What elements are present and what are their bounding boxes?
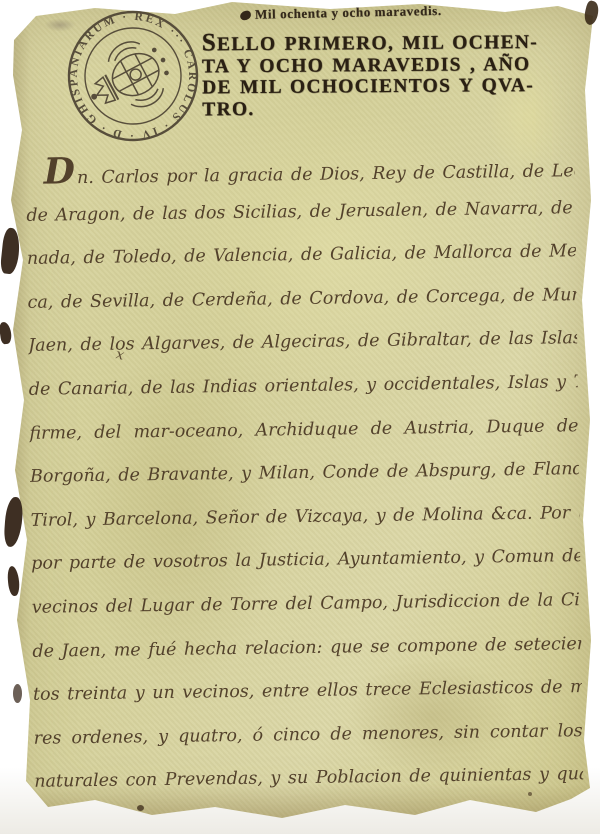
photographed-document: { "colors": { "background": "#ffffff", "… (0, 0, 600, 834)
manuscript-line: de Aragon, de las dos Sicilias, de Jerus… (26, 187, 576, 238)
manuscript-line: ca, de Sevilla, de Cerdeña, de Cordova, … (27, 274, 577, 325)
printed-header-line: TA Y OCHO MARAVEDIS , AÑO (202, 53, 588, 77)
photo-background: Mil ochenta y ocho maravedis. SELLO PRIM… (0, 0, 600, 834)
manuscript-line: vecinos del Lugar de Torre del Campo, Ju… (32, 579, 582, 630)
printer-ornament-icon (239, 9, 252, 20)
seal-inner-circle (66, 9, 201, 144)
manuscript-line: naturales con Prevendas, y su Poblacion … (34, 753, 584, 804)
manuscript-line: res ordenes, y quatro, ó cinco de menore… (33, 710, 583, 761)
manuscript-line: Jaen, de los Algarves, de Algeciras, de … (28, 318, 578, 369)
stamp-value-text: Mil ochenta y ocho maravedis. (255, 3, 442, 23)
manuscript-line: nada, de Toledo, de Valencia, de Galicia… (27, 230, 577, 281)
manuscript-line: por parte de vosotros la Justicia, Ayunt… (31, 536, 581, 587)
binding-stitch (13, 684, 22, 703)
binding-stitch (3, 496, 23, 547)
stamp-value-line: Mil ochenta y ocho maravedis. (240, 3, 442, 23)
manuscript-line: de Canaria, de las Indias orientales, y … (29, 361, 579, 412)
manuscript-line: Borgoña, de Bravante, y Milan, Conde de … (30, 448, 580, 499)
royal-seal-stamp: HISPANIARUM · REX ··· CAROLUS · IV · D ·… (50, 0, 216, 159)
binding-stitch (7, 566, 21, 597)
binding-stitch (0, 321, 12, 344)
sello-primero-header: SELLO PRIMERO, MIL OCHEN- TA Y OCHO MARA… (202, 30, 589, 121)
manuscript-line: de Jaen, me fué hecha relacion: que se c… (32, 623, 582, 674)
manuscript-line: tos treinta y un vecinos, entre ellos tr… (33, 666, 583, 717)
printed-header-line: DE MIL OCHOCIENTOS Y QVA- (202, 75, 588, 99)
crown-icon (91, 77, 116, 107)
printed-header-line: TRO. (202, 96, 588, 120)
manuscript-text-block: Dn. Carlos por la gracia de Dios, Rey de… (25, 143, 583, 805)
manuscript-line: firme, del mar-oceano, Archiduque de Aus… (29, 405, 579, 456)
ink-blot (137, 805, 144, 811)
ink-speck (528, 792, 532, 796)
printed-header-line: SELLO PRIMERO, MIL OCHEN- (202, 30, 588, 56)
manuscript-line: Tirol, y Barcelona, Señor de Vizcaya, y … (30, 492, 580, 543)
